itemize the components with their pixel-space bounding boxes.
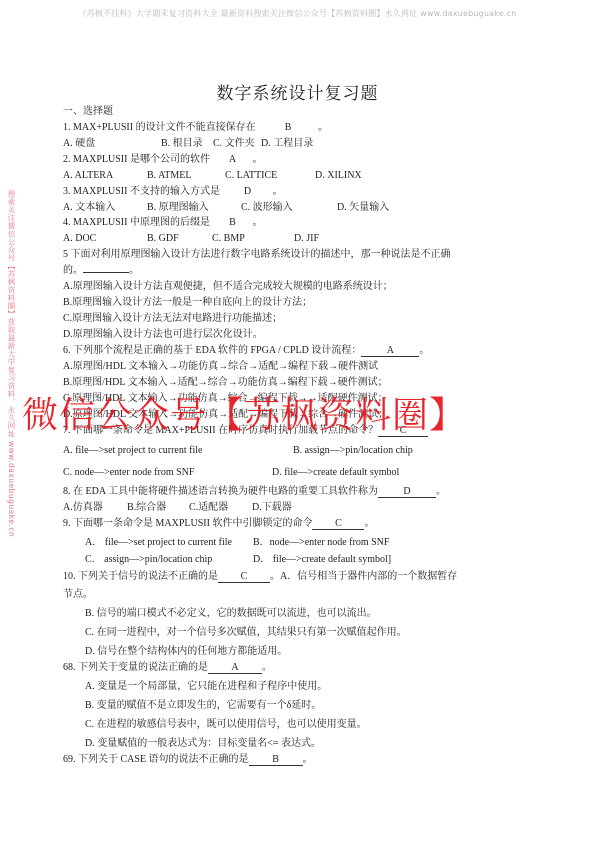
answer: B bbox=[258, 121, 318, 134]
question-7-options-cd: C. node—>enter node from SNFD. file—>cre… bbox=[63, 466, 399, 479]
question-7-options-ab: A. file—>set project to current fileB. a… bbox=[63, 444, 413, 457]
question-68-option-a: A. 变量是一个局部量，它只能在进程和子程序中使用。 bbox=[85, 680, 327, 693]
answer-blank: A bbox=[361, 345, 419, 357]
question-1: 1. MAX+PLUSII 的设计文件不能直接保存在 B。 bbox=[63, 121, 328, 134]
watermark-overlay: 微信公众号【苏枫资料圈】 bbox=[22, 396, 592, 436]
question-6: 6. 下列那个流程是正确的基于 EDA 软件的 FPGA / CPLD 设计流程… bbox=[63, 344, 429, 357]
question-5-option-b: B.原理图输入设计方法一般是一种自底向上的设计方法； bbox=[63, 296, 312, 309]
question-8-options: A.仿真器B.综合器C.适配器D.下载器 bbox=[63, 501, 292, 514]
document-title: 数字系统设计复习题 bbox=[0, 79, 595, 104]
question-10: 10. 下列关于信号的说法不正确的是C。A．信号相当于器件内部的一个数据暂存 bbox=[63, 570, 457, 583]
question-3: 3. MAXPLUSII 不支持的输入方式是 D。 bbox=[63, 185, 282, 198]
question-10-cont: 节点。 bbox=[63, 588, 93, 601]
question-5: 5 下面对利用原理图输入设计方法进行数字电路系统设计的描述中，那一种说法是不正确 bbox=[63, 248, 451, 261]
answer-blank: C bbox=[218, 571, 270, 583]
question-4-options: A. DOCB. GDFC. BMPD. JIF bbox=[63, 232, 319, 245]
answer-blank: C bbox=[312, 518, 364, 530]
question-68-option-c: C. 在进程的敏感信号表中，既可以使用信号，也可以使用变量。 bbox=[85, 718, 367, 731]
question-2-options: A. ALTERAB. ATMELC. LATTICED. XILINX bbox=[63, 169, 362, 182]
question-3-options: A. 文本输入B. 原理图输入C. 波形输入D. 矢量输入 bbox=[63, 201, 389, 214]
answer: D bbox=[222, 185, 272, 198]
answer-blank: B bbox=[249, 754, 303, 766]
answer-blank bbox=[83, 272, 129, 273]
question-5-option-a: A.原理图输入设计方法直观便捷，但不适合完成较大规模的电路系统设计； bbox=[63, 280, 393, 293]
question-5-cont: 的。。 bbox=[63, 264, 139, 277]
question-1-options: A. 硬盘B. 根目录C. 文件夹D. 工程目录 bbox=[63, 137, 313, 150]
question-69: 69. 下列关于 CASE 语句的说法不正确的是B。 bbox=[63, 753, 313, 766]
answer: B bbox=[212, 216, 252, 229]
answer-blank: A bbox=[208, 662, 262, 674]
question-5-option-d: D.原理图输入设计方法也可进行层次化设计。 bbox=[63, 328, 263, 341]
question-68: 68. 下列关于变量的说法正确的是A。 bbox=[63, 661, 272, 674]
question-10-option-d: D. 信号在整个结构体内的任何地方都能适用。 bbox=[85, 645, 287, 658]
question-5-option-c: C.原理图输入设计方法无法对电路进行功能描述； bbox=[63, 312, 282, 325]
question-6-option-a: A.原理图/HDL 文本输入→功能仿真→综合→适配→编程下载→硬件测试 bbox=[63, 360, 378, 373]
question-2: 2. MAXPLUSII 是哪个公司的软件 A。 bbox=[63, 153, 262, 166]
question-10-option-c: C. 在同一进程中，对一个信号多次赋值，其结果只有第一次赋值起作用。 bbox=[85, 626, 407, 639]
question-4: 4. MAXPLUSII 中原理图的后缀是 B。 bbox=[63, 216, 262, 229]
section-heading: 一、选择题 bbox=[63, 105, 113, 118]
answer: A bbox=[212, 153, 252, 166]
side-banner: 搜索关注微信公众号【苏枫资料圈】获取最新大学复习资料，永久网址 www.daxu… bbox=[5, 190, 17, 537]
page-header-banner: 《苏枫不挂科》大学期末复习资料大全 最新资料搜索关注微信公众号【苏枫资料圈】永久… bbox=[0, 8, 595, 19]
question-9: 9. 下面哪一条命令是 MAXPLUSII 软件中引脚锁定的命令C。 bbox=[63, 517, 374, 530]
answer-blank: D bbox=[378, 486, 436, 498]
question-9-options-ab: A． file—>set project to current fileB．no… bbox=[85, 536, 389, 549]
question-9-options-cd: C． assign—>pin/location chipD． file—>cre… bbox=[85, 553, 391, 566]
question-68-option-b: B. 变量的赋值不是立即发生的，它需要有一个δ延时。 bbox=[85, 699, 321, 712]
question-68-option-d: D. 变量赋值的一般表达式为：目标变量名<= 表达式。 bbox=[85, 737, 321, 750]
question-8: 8. 在 EDA 工具中能将硬件描述语言转换为硬件电路的重要工具软件称为D。 bbox=[63, 485, 446, 498]
question-6-option-b: B.原理图/HDL 文本输入→适配→综合→功能仿真→编程下载→硬件测试； bbox=[63, 376, 388, 389]
question-10-option-b: B. 信号的端口模式不必定义，它的数据既可以流进，也可以流出。 bbox=[85, 607, 377, 620]
